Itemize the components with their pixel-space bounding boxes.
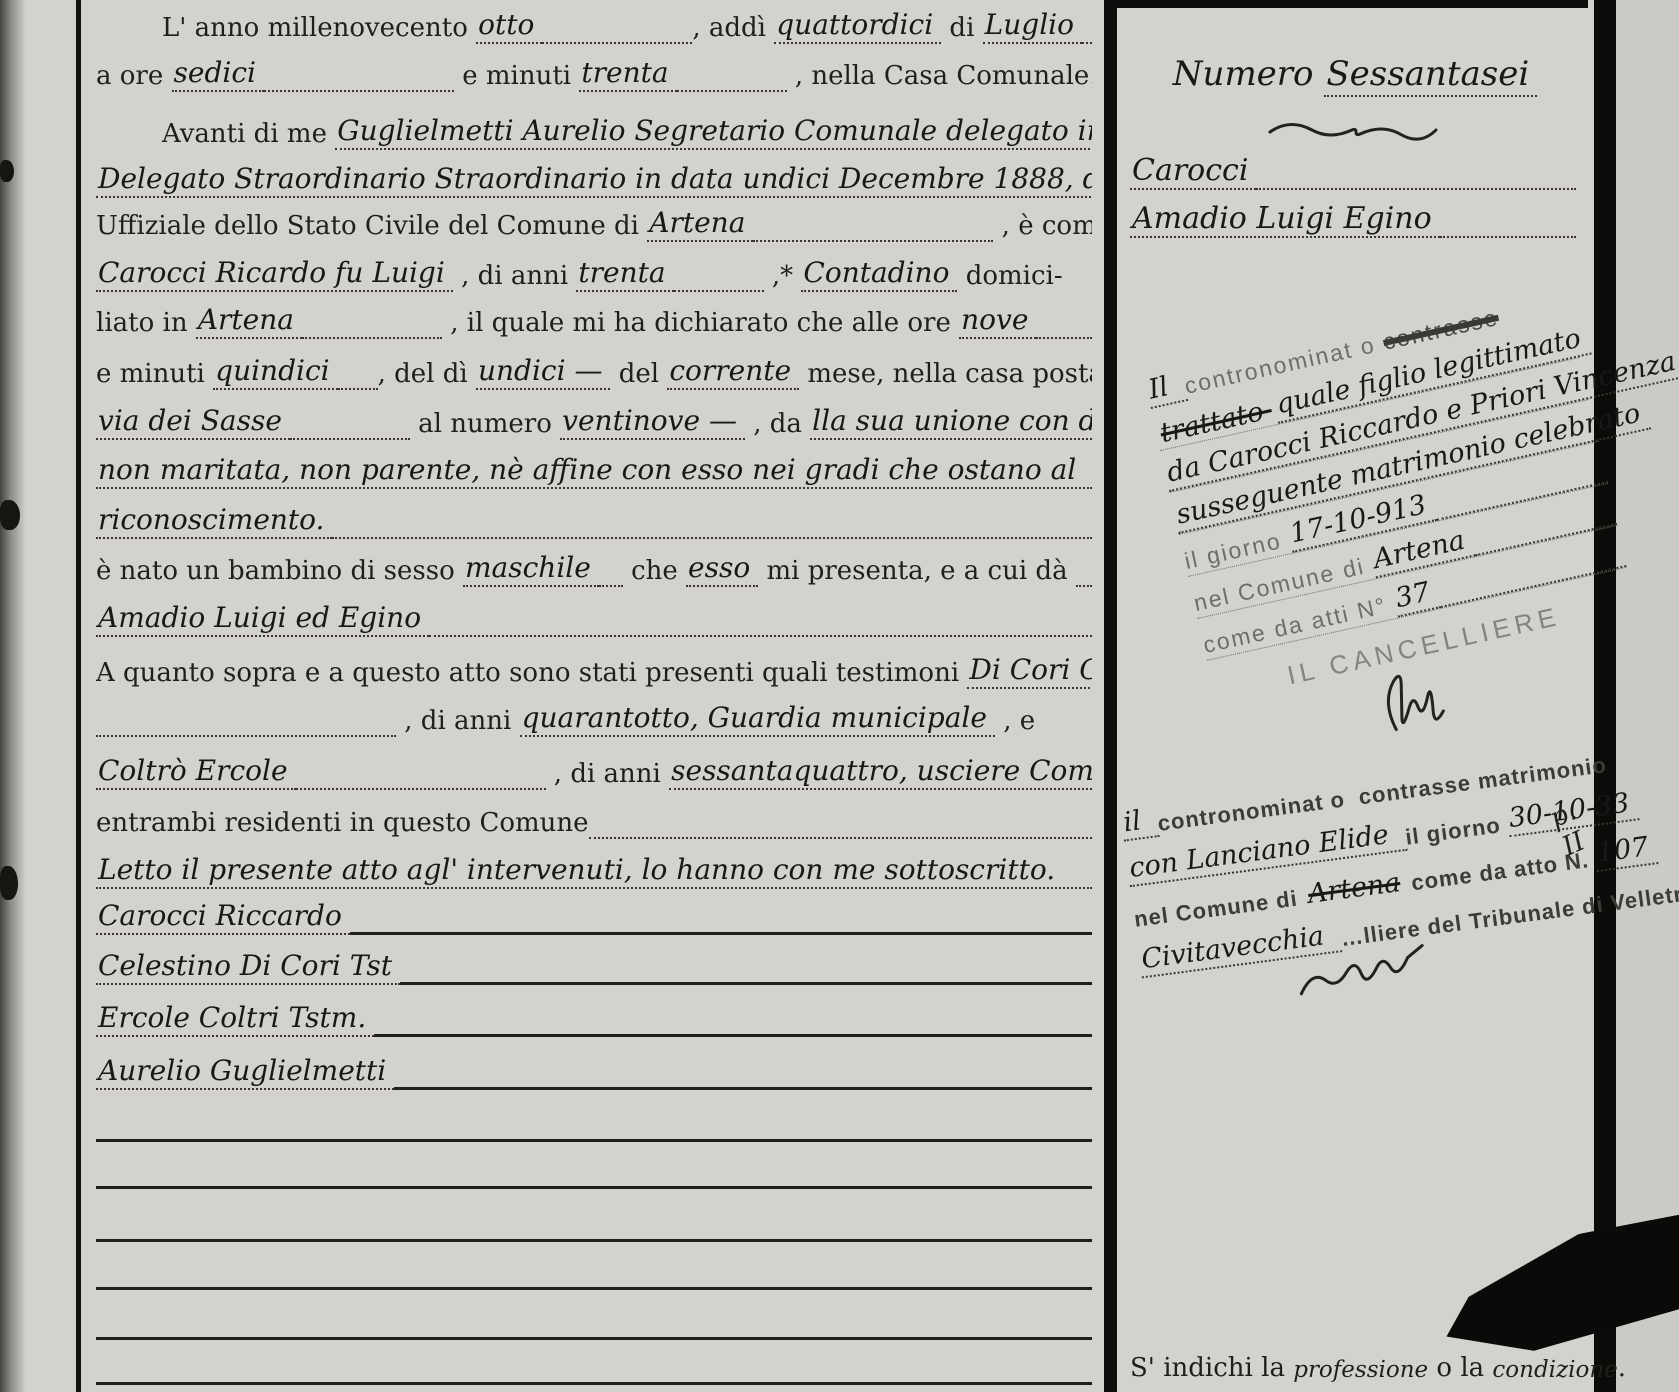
scan-shadow-edge [0, 0, 26, 1392]
text-part: che [623, 555, 686, 588]
text-part: Ercole Coltri Tstm. [96, 1003, 374, 1037]
form-line-official-1: Avanti di me Guglielmetti Aurelio Segret… [96, 106, 1092, 150]
text-part: via dei Sasse [96, 406, 290, 440]
rule-part [96, 721, 396, 737]
text-part: lla sua unione con donna [810, 406, 1092, 440]
text-part: e minuti [96, 358, 213, 391]
legitimation-stamp-annotation: Il contronominat o contrasse trattato qu… [1142, 275, 1655, 790]
text-part: , addì [692, 12, 774, 45]
signature-line-official: Aurelio Guglielmetti [96, 1046, 1092, 1090]
ink-blot [0, 500, 20, 530]
form-line-birth-time: e minuti quindici, del dì undici — del c… [96, 346, 1092, 390]
text-part: nove [959, 305, 1036, 339]
text-part: , e [995, 705, 1035, 738]
text-part: Aurelio Guglielmetti [96, 1056, 394, 1090]
margin-child-name-line: Amadio Luigi Egino [1130, 194, 1576, 238]
text-part: Avanti di me [162, 118, 335, 151]
empty-ruled-line [96, 1246, 1092, 1290]
text-part: a ore [96, 60, 172, 93]
text-part: riconoscimento. [96, 505, 332, 539]
rule-part [350, 918, 1092, 935]
rule-part [290, 424, 410, 440]
ink-blot [0, 866, 18, 900]
margin-surname-line: Carocci [1130, 146, 1576, 190]
rule-part [96, 1225, 1092, 1242]
text-part: mi presenta, e a cui dà [758, 555, 1076, 588]
text-part: mese, nella casa posta in [799, 358, 1092, 391]
text-part: , da [745, 408, 810, 441]
ink-blot [0, 160, 14, 182]
text-part: 37 [1391, 576, 1441, 618]
text-part: entrambi residenti in questo Comune [96, 807, 589, 840]
rule-part [674, 276, 764, 292]
form-line-mother-2: riconoscimento. [96, 495, 1092, 539]
text-part: Amadio Luigi Egino [1130, 202, 1440, 238]
empty-ruled-line [96, 1145, 1092, 1189]
text-part: professione [1293, 1357, 1428, 1385]
rule-part [1082, 28, 1092, 44]
text-part: Di Cori Celestino [967, 655, 1092, 689]
form-line-declarant: Carocci Ricardo fu Luigi , di anni trent… [96, 248, 1092, 292]
text-part: Uffiziale dello Stato Civile del Comune … [96, 210, 647, 243]
margin-column: Numero Sessantasei Carocci Amadio Luigi … [1118, 0, 1592, 1392]
form-line-sex: è nato un bambino di sesso maschile che … [96, 543, 1092, 587]
rule-part [302, 323, 442, 339]
form-line-address: via dei Sasse al numero ventinove — , da… [96, 396, 1092, 440]
rule-part [1256, 174, 1576, 190]
text-part: , di anni [546, 758, 670, 791]
act-number-heading: Numero Sessantasei [1118, 56, 1592, 93]
empty-ruled-line [96, 1198, 1092, 1242]
text-part: otto [476, 10, 542, 44]
form-line-hour: a ore sedici e minuti trenta , nella Cas… [96, 48, 1092, 92]
form-line-comune: Uffiziale dello Stato Civile del Comune … [96, 198, 1092, 242]
text-part: Artena [196, 305, 302, 339]
marriage-stamp-annotation: il contronominat o contrasse matrimonio … [1118, 731, 1645, 1032]
text-part: Numero [1173, 54, 1325, 94]
empty-ruled-line [96, 1296, 1092, 1340]
left-margin-rule [76, 0, 81, 1392]
text-part: al numero [410, 408, 560, 441]
text-part: Celestino Di Cori Tst [96, 951, 400, 985]
rule-part [332, 523, 1092, 539]
text-part: S' indichi la [1130, 1352, 1293, 1385]
rule-part [542, 28, 692, 44]
text-part: Delegato Straordinario Straordinario in … [96, 164, 1092, 198]
rule-part [96, 1125, 1092, 1142]
text-part: , di anni [453, 260, 577, 293]
rule-part [677, 76, 787, 92]
flourish-underline [1268, 120, 1438, 142]
text-part: Sessantasei [1324, 54, 1537, 97]
text-part: non maritata, non parente, nè affine con… [96, 455, 1092, 489]
text-part: del [610, 358, 667, 391]
text-part: domici- [957, 260, 1062, 293]
rule-part [1076, 571, 1092, 587]
form-line-residents: entrambi residenti in questo Comune [96, 795, 1092, 839]
text-part: Contadino [801, 258, 957, 292]
empty-ruled-line [96, 1341, 1092, 1385]
rule-part [96, 1368, 1092, 1385]
form-line-child-name: Amadio Luigi ed Egino [96, 593, 1092, 637]
form-line-witness-1b: , di anni quarantotto, Guardia municipal… [96, 693, 1092, 737]
signature-line-declarant: Carocci Riccardo [96, 891, 1092, 935]
rule-part [1036, 323, 1092, 339]
text-part: sedici [172, 58, 264, 92]
form-line-mother-1: non maritata, non parente, nè affine con… [96, 445, 1092, 489]
text-part: maschile [463, 553, 599, 587]
text-part: di [941, 12, 983, 45]
rule-part [96, 1323, 1092, 1340]
text-part: undici — [476, 356, 610, 390]
rule-part [96, 1273, 1092, 1290]
text-part: . [1618, 1352, 1626, 1385]
signature-line-witness-2: Ercole Coltri Tstm. [96, 993, 1092, 1037]
rule-part [400, 968, 1092, 985]
text-part: , di anni [396, 705, 520, 738]
empty-ruled-line [96, 1098, 1092, 1142]
text-part: ventinove — [560, 406, 745, 440]
text-part: ,* [764, 260, 802, 293]
text-part: esso [686, 553, 758, 587]
rule-part [296, 774, 546, 790]
text-part: il [1120, 805, 1160, 842]
form-line-witness-1: A quanto sopra e a questo atto sono stat… [96, 645, 1092, 689]
form-line-read-aloud: Letto il presente atto agl' intervenuti,… [96, 845, 1092, 889]
rule-part [599, 571, 623, 587]
form-line-official-2: Delegato Straordinario Straordinario in … [96, 154, 1092, 198]
rule-part [96, 1172, 1092, 1189]
text-part: è nato un bambino di sesso [96, 555, 463, 588]
text-part: , nella Casa Comunale. [787, 60, 1092, 93]
signature-line-witness-1: Celestino Di Cori Tst [96, 941, 1092, 985]
text-part: Carocci Riccardo [96, 901, 350, 935]
rule-part [1440, 222, 1576, 238]
text-part: condizione [1492, 1357, 1617, 1385]
text-part: , è compars [993, 210, 1092, 243]
rule-part [429, 621, 1092, 637]
text-part: e minuti [454, 60, 579, 93]
text-part: Letto il presente atto agl' intervenuti,… [96, 855, 1092, 889]
text-part: A quanto sopra e a questo atto sono stat… [96, 657, 967, 690]
text-part: quattordici [774, 10, 941, 44]
text-part: Amadio Luigi ed Egino [96, 603, 429, 637]
rule-part [394, 1073, 1092, 1090]
text-part: Carocci Ricardo fu Luigi [96, 258, 453, 292]
text-part: , il quale mi ha dichiarato che alle ore [442, 307, 959, 340]
text-part: quindici [213, 356, 337, 390]
text-part: corrente [667, 356, 799, 390]
text-part: trenta [579, 58, 676, 92]
rule-part [374, 1020, 1092, 1037]
text-part: Guglielmetti Aurelio Segretario Comunale… [335, 116, 1092, 150]
birth-act-scan: L' anno millenovecento otto, addì quatto… [0, 0, 1679, 1392]
column-divider-rule [1104, 0, 1117, 1392]
text-part: trenta [576, 258, 673, 292]
text-part: L' anno millenovecento [162, 12, 476, 45]
rule-part [338, 374, 378, 390]
form-line-residence: liato in Artena , il quale mi ha dichiar… [96, 295, 1092, 339]
form-line-year: L' anno millenovecento otto, addì quatto… [96, 0, 1092, 44]
form-line-witness-2: Coltrò Ercole , di anni sessantaquattro,… [96, 746, 1092, 790]
rule-part [264, 76, 454, 92]
rule-part [589, 823, 1092, 839]
text-part: , del dì [378, 358, 476, 391]
text-part: Carocci [1130, 154, 1256, 190]
text-part: Luglio [983, 10, 1082, 44]
text-part: sessantaquattro, usciere Comunale [669, 756, 1092, 790]
text-part: quarantotto, Guardia municipale [520, 703, 995, 737]
rule-part [753, 226, 993, 242]
text-part: o la [1428, 1352, 1492, 1385]
text-part: liato in [96, 307, 196, 340]
footnote-profession: S' indichi la professione o la condizion… [1130, 1352, 1580, 1385]
text-part: Artena [647, 208, 753, 242]
text-part: Coltrò Ercole [96, 756, 296, 790]
